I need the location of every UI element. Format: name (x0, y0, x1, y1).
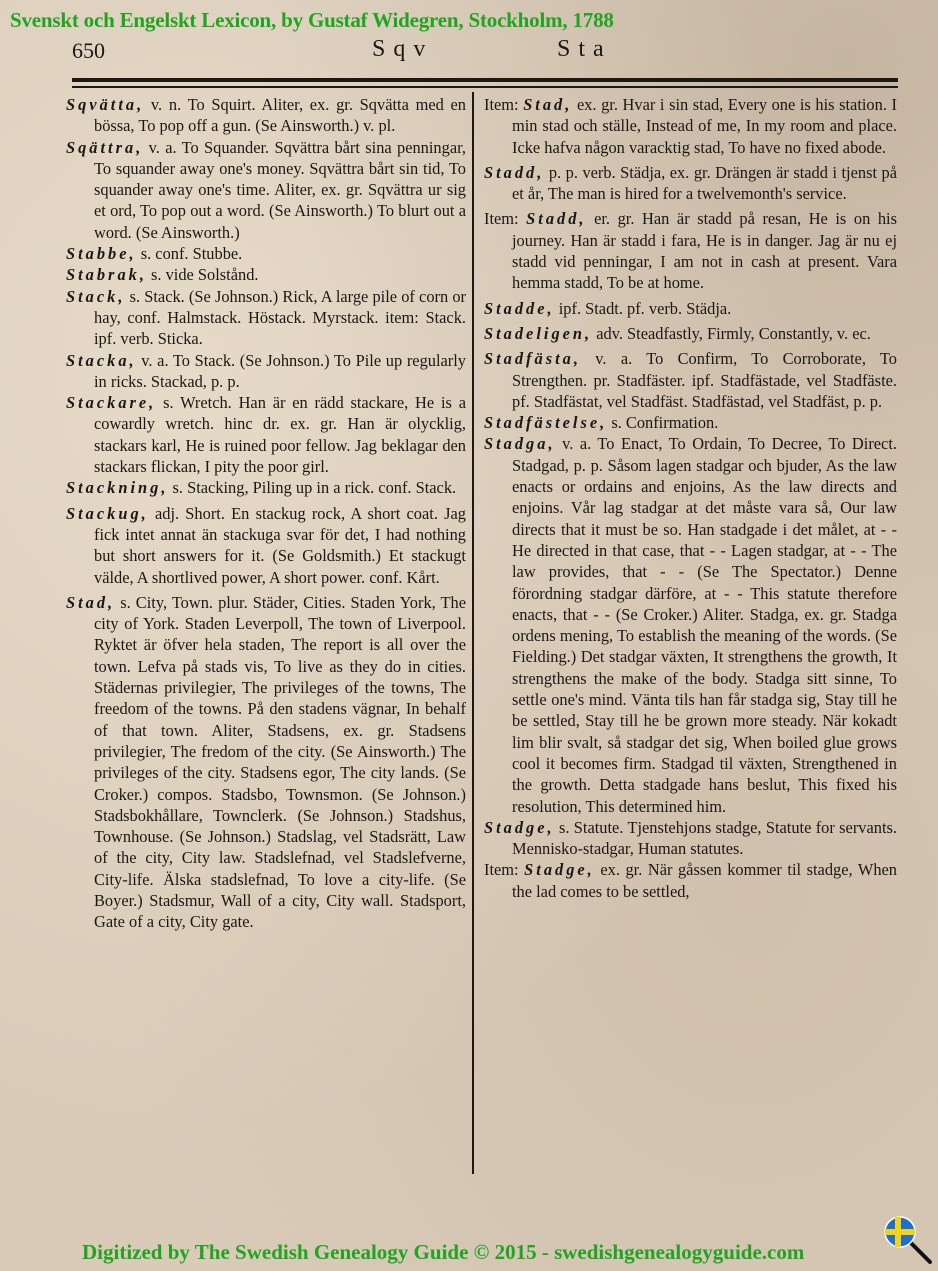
overlay-footer: Digitized by The Swedish Genealogy Guide… (82, 1240, 804, 1265)
left-column: Sqvätta, v. n. To Squirt. Aliter, ex. gr… (66, 94, 466, 933)
dictionary-entry: Stadge, s. Statute. Tjenstehjons stadge,… (484, 817, 897, 860)
dictionary-entry: Sqvätta, v. n. To Squirt. Aliter, ex. gr… (66, 94, 466, 137)
headword: Sqättra, (66, 138, 143, 157)
dictionary-entry: Item: Stad, ex. gr. Hvar i sin stad, Eve… (484, 94, 897, 158)
definition: adj. Short. En stackug rock, A short coa… (94, 504, 466, 587)
entry-prefix: Item: (484, 95, 523, 114)
headword: Stackare, (66, 393, 156, 412)
dictionary-entry: Stackare, s. Wretch. Han är en rädd stac… (66, 392, 466, 477)
definition: s. Stack. (Se Johnson.) Rick, A large pi… (94, 287, 466, 349)
headword: Stack, (66, 287, 125, 306)
headword: Stad, (66, 593, 115, 612)
dictionary-entry: Stabrak, s. vide Solstånd. (66, 264, 466, 285)
headword: Stadfästa, (484, 349, 581, 368)
headword: Stadfästelse, (484, 413, 607, 432)
headword: Stacka, (66, 351, 137, 370)
headword: Stadd, (526, 209, 586, 228)
catchword-right: Sta (557, 36, 612, 63)
headword: Stadge, (524, 860, 595, 879)
definition: adv. Steadfastly, Firmly, Constantly, v.… (592, 324, 871, 343)
entry-prefix: Item: (484, 209, 526, 228)
definition: ipf. Stadt. pf. verb. Städja. (555, 299, 732, 318)
entry-prefix: Item: (484, 860, 524, 879)
headword: Stackug, (66, 504, 149, 523)
running-head: 650 Sqv Sta (72, 36, 878, 76)
headword: Stadde, (484, 299, 555, 318)
headword: Stadeligen, (484, 324, 592, 343)
dictionary-entry: Stabbe, s. conf. Stubbe. (66, 243, 466, 264)
dictionary-entry: Stadd, p. p. verb. Städja, ex. gr. Dräng… (484, 162, 897, 205)
dictionary-entry: Stacka, v. a. To Stack. (Se Johnson.) To… (66, 350, 466, 393)
catchword-left: Sqv (372, 36, 433, 63)
dictionary-entry: Stadfästelse, s. Confirmation. (484, 412, 897, 433)
definition: s. Statute. Tjenstehjons stadge, Statute… (512, 818, 897, 858)
dictionary-entry: Item: Stadd, er. gr. Han är stadd på res… (484, 208, 897, 293)
column-divider (472, 92, 474, 1174)
dictionary-entry: Stadga, v. a. To Enact, To Ordain, To De… (484, 433, 897, 816)
definition: s. Stacking, Piling up in a rick. conf. … (168, 478, 456, 497)
overlay-title: Svenskt och Engelskt Lexicon, by Gustaf … (10, 8, 614, 33)
definition: p. p. verb. Städja, ex. gr. Drängen är s… (512, 163, 897, 203)
definition: s. conf. Stubbe. (137, 244, 243, 263)
page-number: 650 (72, 38, 105, 64)
dictionary-entry: Stadde, ipf. Stadt. pf. verb. Städja. (484, 298, 897, 319)
headword: Stadga, (484, 434, 556, 453)
dictionary-entry: Stackug, adj. Short. En stackug rock, A … (66, 503, 466, 588)
dictionary-entry: Sqättra, v. a. To Squander. Sqvättra bår… (66, 137, 466, 243)
headword: Sqvätta, (66, 95, 144, 114)
dictionary-entry: Stadfästa, v. a. To Confirm, To Corrobor… (484, 348, 897, 412)
header-rule (72, 78, 898, 82)
dictionary-entry: Stadeligen, adv. Steadfastly, Firmly, Co… (484, 323, 897, 344)
dictionary-entry: Stackning, s. Stacking, Piling up in a r… (66, 477, 466, 498)
definition: v. a. To Enact, To Ordain, To Decree, To… (512, 434, 897, 815)
definition: v. a. To Squander. Sqvättra bårt sina pe… (94, 138, 466, 242)
definition: v. n. To Squirt. Aliter, ex. gr. Sqvätta… (94, 95, 466, 135)
dictionary-entry: Stack, s. Stack. (Se Johnson.) Rick, A l… (66, 286, 466, 350)
headword: Stadge, (484, 818, 555, 837)
dictionary-entry: Stad, s. City, Town. plur. Städer, Citie… (66, 592, 466, 933)
headword: Stackning, (66, 478, 168, 497)
headword: Stadd, (484, 163, 544, 182)
headword: Stabbe, (66, 244, 137, 263)
definition: s. City, Town. plur. Städer, Cities. Sta… (94, 593, 466, 931)
definition: v. a. To Stack. (Se Johnson.) To Pile up… (94, 351, 466, 391)
definition: s. Confirmation. (607, 413, 718, 432)
header-rule-thin (72, 86, 898, 88)
definition: s. vide Solstånd. (147, 265, 259, 284)
headword: Stad, (523, 95, 572, 114)
dictionary-entry: Item: Stadge, ex. gr. När gåssen kommer … (484, 859, 897, 902)
headword: Stabrak, (66, 265, 147, 284)
swedish-flag-magnifier-icon (882, 1214, 934, 1266)
right-column: Item: Stad, ex. gr. Hvar i sin stad, Eve… (484, 94, 897, 902)
